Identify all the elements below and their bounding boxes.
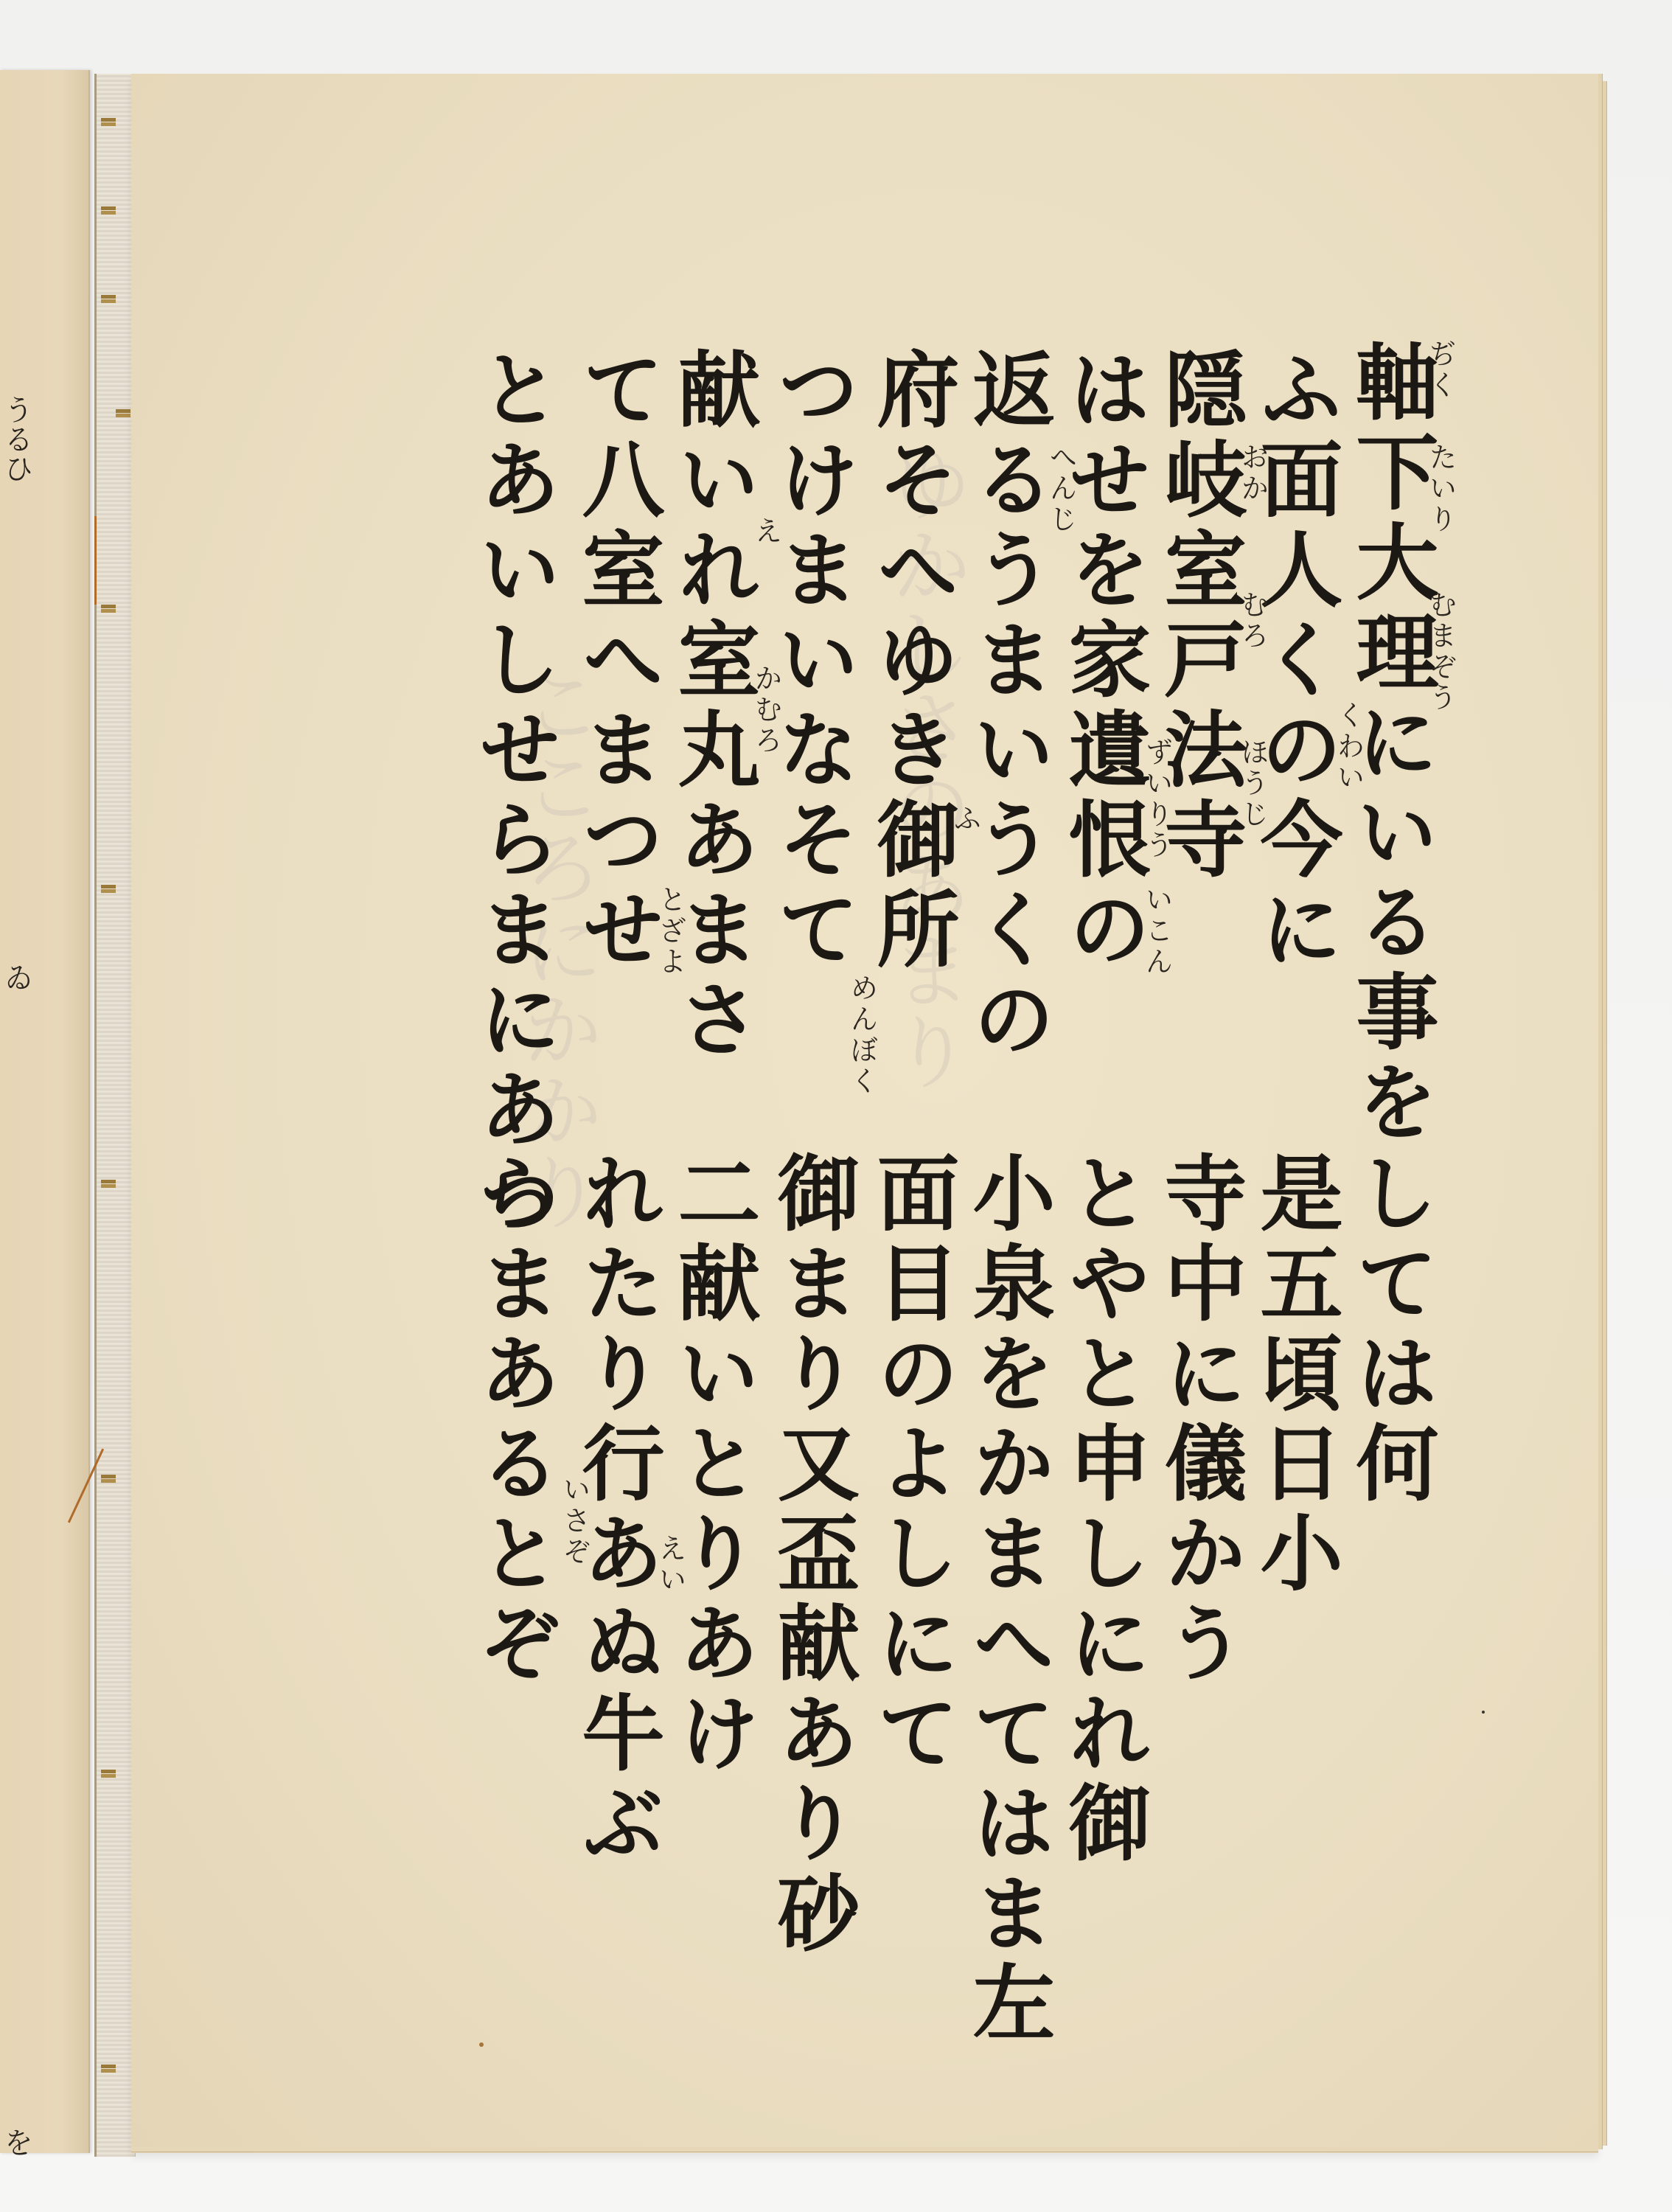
furigana: え: [752, 516, 780, 547]
furigana: ふ: [951, 804, 979, 835]
binding-thread: [94, 516, 97, 605]
left-page-text-fragment: うるひ: [1, 394, 31, 483]
text-column-lower: 是五頃日小: [1253, 1150, 1336, 1600]
book-binding-spine: [94, 74, 136, 2157]
binding-stitch: [101, 295, 116, 299]
text-column: 返るうまいうくの: [966, 347, 1048, 1066]
furigana: とざよ: [656, 885, 684, 978]
left-page: うるひ ゐ を: [0, 70, 90, 2153]
furigana: ほうじ: [1239, 737, 1267, 830]
binding-stitch: [116, 409, 130, 413]
text-column-lower: とやと申しにれ御: [1062, 1150, 1144, 1870]
page-bottom-edge: [131, 2147, 1598, 2152]
furigana: くわい: [1334, 700, 1362, 793]
furigana: むろ: [1239, 590, 1267, 652]
furigana: めんぼく: [848, 973, 876, 1097]
furigana: いさぞ: [560, 1475, 588, 1568]
binding-stitch: [101, 206, 116, 210]
furigana: いこん: [1143, 885, 1171, 978]
furigana: へんじ: [1047, 442, 1075, 535]
text-column: つけまいなそて: [770, 347, 853, 976]
furigana: ずいりう: [1143, 737, 1171, 861]
furigana: むまぞう: [1427, 590, 1455, 714]
furigana: ぢく: [1427, 339, 1455, 401]
text-column-lower: 二献いとりあけ: [671, 1150, 753, 1780]
binding-stitch: [101, 118, 116, 122]
binding-stitch: [101, 605, 116, 608]
text-column-lower: 御まり又盃献あり砂: [770, 1150, 853, 1960]
text-column-lower: しては何: [1349, 1150, 1432, 1510]
furigana: たいり: [1427, 442, 1455, 535]
binding-stitch: [101, 1475, 116, 1478]
binding-stitch: [101, 1180, 116, 1183]
text-column: ふ面人くの今に: [1253, 347, 1336, 976]
furigana: かむろ: [752, 664, 780, 757]
furigana: えい: [656, 1534, 684, 1596]
text-column-lower: 小泉をかまへてはま左: [966, 1150, 1048, 2050]
text-column: 府そへゆき御所: [870, 347, 952, 976]
left-page-text-fragment: を: [1, 2127, 31, 2157]
binding-stitch: [101, 2065, 116, 2068]
page-fore-edge: [1603, 81, 1607, 2146]
paper-foxing-spot: [479, 2042, 484, 2047]
text-column-lower: 面目のよしにて: [870, 1150, 952, 1780]
text-column-lower: らまあるとぞ: [472, 1150, 554, 1690]
text-column: とあいしせらまにあつ: [472, 347, 554, 1246]
text-column: はせを家遺恨の: [1062, 347, 1144, 976]
furigana: おか: [1239, 442, 1267, 504]
left-page-text-fragment: ゐ: [1, 962, 31, 992]
text-column: て八室へまつせ: [575, 347, 658, 976]
binding-stitch: [101, 1770, 116, 1773]
binding-stitch: [101, 885, 116, 888]
text-column-lower: 寺中に儀かう: [1157, 1150, 1240, 1690]
paper-ink-spot: [1482, 1711, 1485, 1714]
